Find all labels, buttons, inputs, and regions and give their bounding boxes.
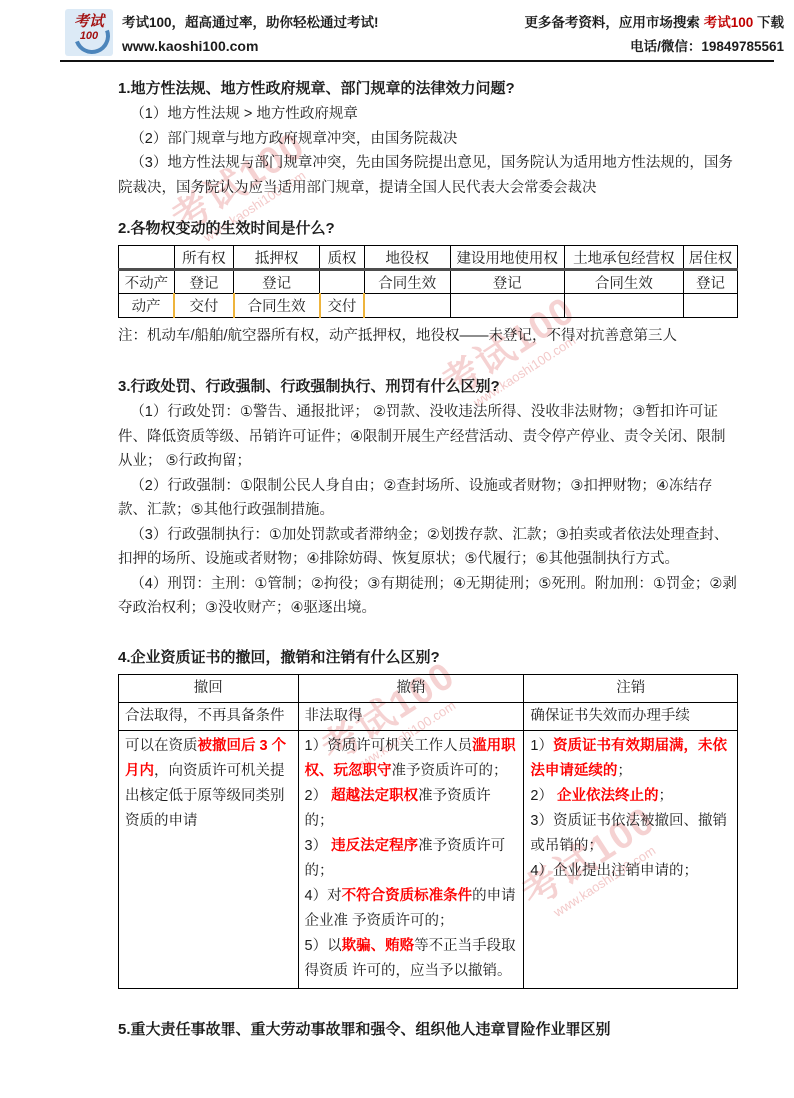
header-left-block: 考试100，超高通过率，助你轻松通过考试! www.kaoshi100.com (122, 11, 379, 57)
cancel-item: 2） 企业依法终止的； (530, 784, 731, 809)
revoke-item: 5）以欺骗、贿赂等不正当手段取得资质 许可的，应当予以撤销。 (305, 934, 518, 984)
document-page: { "header": { "logo_top": "考试", "logo_bo… (0, 0, 794, 1098)
promo-prefix: 更多备考资料，应用市场搜索 (524, 15, 703, 30)
table-cell: 登记 (234, 270, 320, 294)
table-cell: 登记 (450, 270, 564, 294)
table-header-cell: 地役权 (364, 246, 450, 270)
property-change-table: 所有权 抵押权 质权 地役权 建设用地使用权 土地承包经营权 居住权 不动产 登… (118, 245, 738, 318)
header-divider (60, 60, 774, 62)
header-slogan: 考试100，超高通过率，助你轻松通过考试! (122, 11, 379, 35)
table-header-cell: 居住权 (684, 246, 738, 270)
section-3-item: （4）刑罚：主刑：①管制；②拘役；③有期徒刑；④无期徒刑；⑤死刑。附加刑：①罚金… (118, 572, 738, 621)
table-header-cell: 撤回 (119, 674, 299, 702)
table-header-row: 所有权 抵押权 质权 地役权 建设用地使用权 土地承包经营权 居住权 (119, 246, 738, 270)
table-row: 可以在资质被撤回后 3 个月内，向资质许可机关提出核定低于原等级同类别资质的申请… (119, 730, 738, 988)
section-3-item: （2）行政强制：①限制公民人身自由；②查封场所、设施或者财物；③扣押财物；④冻结… (118, 474, 738, 523)
table-cell (450, 294, 564, 318)
table-cell: 合同生效 (564, 270, 683, 294)
header-right-block: 更多备考资料，应用市场搜索 考试100 下载 电话/微信：19849785561 (524, 11, 784, 59)
page-header: 考试 100 考试100，超高通过率，助你轻松通过考试! www.kaoshi1… (60, 8, 784, 60)
table-cell: 登记 (174, 270, 233, 294)
section-2-note: 注：机动车/船舶/航空器所有权，动产抵押权，地役权——未登记，不得对抗善意第三人 (118, 324, 738, 348)
section-1-title: 1.地方性法规、地方性政府规章、部门规章的法律效力问题? (118, 76, 738, 102)
certificate-comparison-table: 撤回 撤销 注销 合法取得，不再具备条件 非法取得 确保证书失效而办理手续 可以… (118, 674, 738, 989)
revoke-item: 2） 超越法定职权准予资质许的； (305, 784, 518, 834)
table-cell: 合法取得，不再具备条件 (119, 702, 299, 730)
section-3-item: （3）行政强制执行：①加处罚款或者滞纳金；②划拨存款、汇款；③拍卖或者依法处理查… (118, 523, 738, 572)
section-5-title: 5.重大责任事故罪、重大劳动事故罪和强令、组织他人违章冒险作业罪区别 (118, 1017, 738, 1043)
document-content: 1.地方性法规、地方性政府规章、部门规章的法律效力问题? （1）地方性法规 > … (118, 76, 738, 1043)
promo-brand: 考试100 (704, 15, 754, 30)
revoke-item: 1）资质许可机关工作人员滥用职权、玩忽职守准予资质许可的； (305, 734, 518, 784)
table-cell (564, 294, 683, 318)
table-header-cell: 抵押权 (234, 246, 320, 270)
cancel-cell: 1）资质证书有效期届满，未依法申请延续的； 2） 企业依法终止的； 3）资质证书… (524, 730, 738, 988)
section-2-title: 2.各物权变动的生效时间是什么? (118, 216, 738, 242)
table-cell: 不动产 (119, 270, 175, 294)
withdraw-text: 可以在资质被撤回后 3 个月内，向资质许可机关提出核定低于原等级同类别资质的申请 (125, 734, 292, 834)
table-cell: 登记 (684, 270, 738, 294)
cancel-item: 4）企业提出注销申请的； (530, 859, 731, 884)
logo-text-bottom: 100 (65, 30, 113, 42)
header-website: www.kaoshi100.com (122, 35, 379, 57)
table-cell (364, 294, 450, 318)
revoke-item: 3） 违反法定程序准予资质许可的； (305, 834, 518, 884)
section-4-title: 4.企业资质证书的撤回，撤销和注销有什么区别? (118, 645, 738, 671)
kaoshi100-logo: 考试 100 (65, 9, 113, 56)
table-header-cell: 撤销 (298, 674, 524, 702)
revoke-item: 4）对不符合资质标准条件的申请企业准 予资质许可的； (305, 884, 518, 934)
table-row: 合法取得，不再具备条件 非法取得 确保证书失效而办理手续 (119, 702, 738, 730)
table-row: 不动产 登记 登记 合同生效 登记 合同生效 登记 (119, 270, 738, 294)
logo-text-top: 考试 (65, 14, 113, 30)
header-promo: 更多备考资料，应用市场搜索 考试100 下载 (524, 11, 784, 35)
table-cell: 合同生效 (364, 270, 450, 294)
table-header-cell: 所有权 (174, 246, 233, 270)
cancel-item: 3）资质证书依法被撤回、撤销或吊销的； (530, 809, 731, 859)
section-1-item: （1）地方性法规 > 地方性政府规章 (118, 102, 738, 127)
section-3-title: 3.行政处罚、行政强制、行政强制执行、刑罚有什么区别? (118, 374, 738, 400)
header-contact: 电话/微信：19849785561 (524, 35, 784, 59)
promo-suffix: 下载 (753, 15, 784, 30)
section-1-item: （3）地方性法规与部门规章冲突，先由国务院提出意见，国务院认为适用地方性法规的，… (118, 151, 738, 200)
table-header-cell: 质权 (320, 246, 365, 270)
cancel-item: 1）资质证书有效期届满，未依法申请延续的； (530, 734, 731, 784)
table-cell: 动产 (119, 294, 175, 318)
table-header-cell: 土地承包经营权 (564, 246, 683, 270)
section-3-item: （1）行政处罚：①警告、通报批评； ②罚款、没收违法所得、没收非法财物；③暂扣许… (118, 400, 738, 474)
table-row: 动产 交付 合同生效 交付 (119, 294, 738, 318)
table-cell: 确保证书失效而办理手续 (524, 702, 738, 730)
table-cell (684, 294, 738, 318)
table-cell: 合同生效 (234, 294, 320, 318)
table-header-cell: 建设用地使用权 (450, 246, 564, 270)
table-cell: 交付 (174, 294, 233, 318)
table-cell (320, 270, 365, 294)
table-cell: 非法取得 (298, 702, 524, 730)
table-header-cell: 注销 (524, 674, 738, 702)
section-1-item: （2）部门规章与地方政府规章冲突，由国务院裁决 (118, 127, 738, 152)
table-cell: 交付 (320, 294, 365, 318)
table-header-cell (119, 246, 175, 270)
withdraw-cell: 可以在资质被撤回后 3 个月内，向资质许可机关提出核定低于原等级同类别资质的申请 (119, 730, 299, 988)
table-header-row: 撤回 撤销 注销 (119, 674, 738, 702)
revoke-cell: 1）资质许可机关工作人员滥用职权、玩忽职守准予资质许可的； 2） 超越法定职权准… (298, 730, 524, 988)
